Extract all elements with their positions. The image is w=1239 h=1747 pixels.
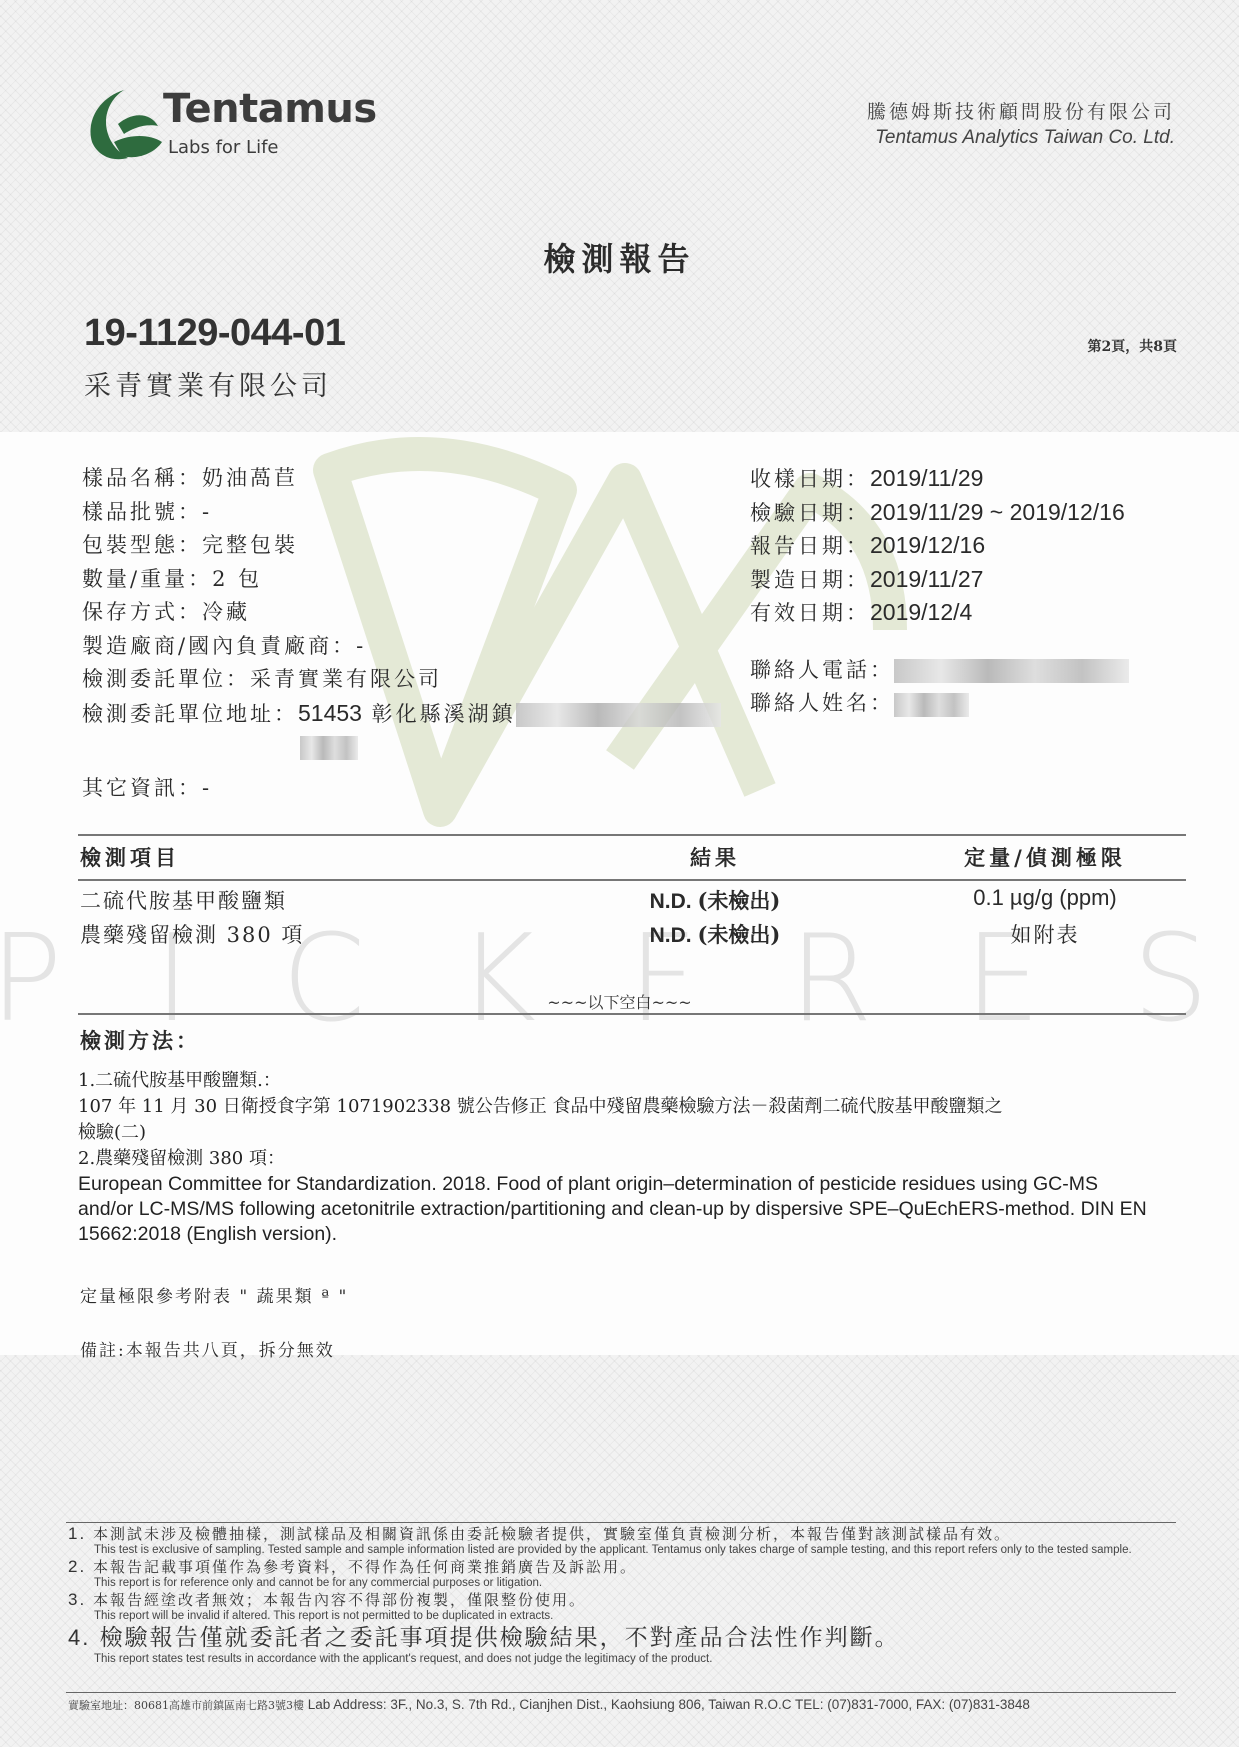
company-name-en: Tentamus Analytics Taiwan Co. Ltd.: [875, 127, 1175, 149]
company-name-zh: 騰德姆斯技術顧問股份有限公司: [867, 97, 1175, 124]
table-top-rule: [78, 834, 1186, 836]
info-address-line2: [82, 730, 721, 764]
info-manufacturer: 製造廠商/國內負責廠商：-: [82, 630, 721, 664]
redacted-address: [516, 703, 721, 727]
disclaimer-1-zh: 1. 本測試未涉及檢體抽樣，測試樣品及相關資訊係由委託檢驗者提供，實驗室僅負責檢…: [68, 1525, 1178, 1543]
table-bottom-rule: [78, 1013, 1186, 1015]
methods-title: 檢測方法：: [80, 1025, 200, 1055]
info-quantity: 數量/重量：2 包: [82, 563, 721, 597]
method-2-text: European Committee for Standardization. …: [78, 1172, 1158, 1247]
method-1-text-cont: 檢驗(二): [78, 1120, 1188, 1146]
client-name: 采青實業有限公司: [84, 364, 332, 403]
redacted-address-2: [300, 736, 358, 760]
disclaimer-3-en: This report will be invalid if altered. …: [68, 1609, 1178, 1624]
info-packaging: 包裝型態：完整包裝: [82, 529, 721, 563]
footer-rule: [66, 1692, 1176, 1693]
end-of-table-marker: ~~~以下空白~~~: [0, 990, 1239, 1013]
disclaimer-3-zh: 3. 本報告經塗改者無效；本報告內容不得部份複製，僅限整份使用。: [68, 1591, 1178, 1609]
info-expiry-date: 有效日期：2019/12/4: [750, 596, 1129, 630]
disclaimer-4-zh: 4. 檢驗報告僅就委託者之委託事項提供檢驗結果，不對產品合法性作判斷。: [68, 1624, 1178, 1652]
sample-info-right: 收樣日期：2019/11/29 檢驗日期：2019/11/29 ~ 2019/1…: [750, 462, 1129, 721]
disclaimer-2-en: This report is for reference only and ca…: [68, 1576, 1178, 1591]
method-1-title: 1.二硫代胺基甲酸鹽類.：: [78, 1068, 1188, 1094]
logo-wordmark: Tentamus: [163, 86, 377, 132]
header-limit: 定量/偵測極限: [905, 842, 1185, 872]
report-number: 19-1129-044-01: [84, 312, 345, 355]
header-test-item: 檢測項目: [80, 842, 180, 872]
method-1-text: 107 年 11 月 30 日衛授食字第 1071902338 號公告修正 食品…: [78, 1094, 1188, 1120]
disclaimer-top-rule: [66, 1522, 1176, 1523]
info-received-date: 收樣日期：2019/11/29: [750, 462, 1129, 496]
info-client-address: 檢測委託單位地址：51453 彰化縣溪湖鎮: [82, 697, 721, 731]
redacted-name: [894, 693, 969, 717]
info-test-date: 檢驗日期：2019/11/29 ~ 2019/12/16: [750, 496, 1129, 530]
methods-body: 1.二硫代胺基甲酸鹽類.： 107 年 11 月 30 日衛授食字第 10719…: [78, 1068, 1188, 1247]
lab-address: 實驗室地址：80681高雄市前鎮區南七路3號3樓 Lab Address: 3F…: [68, 1697, 1030, 1713]
info-client: 檢測委託單位：采青實業有限公司: [82, 663, 721, 697]
table-header-rule: [78, 879, 1186, 881]
logo-tagline: Labs for Life: [168, 137, 279, 158]
info-manufacture-date: 製造日期：2019/11/27: [750, 563, 1129, 597]
info-batch-no: 樣品批號：-: [82, 496, 721, 530]
loq-note: 定量極限參考附表 " 蔬果類 ª ": [80, 1282, 348, 1307]
info-contact-phone: 聯絡人電話：: [750, 654, 1129, 688]
disclaimers: 1. 本測試未涉及檢體抽樣，測試樣品及相關資訊係由委託檢驗者提供，實驗室僅負責檢…: [68, 1525, 1178, 1667]
info-storage: 保存方式：冷藏: [82, 596, 721, 630]
info-other: 其它資訊：-: [82, 772, 721, 806]
header-result: 結果: [600, 842, 830, 872]
method-2-title: 2.農藥殘留檢測 380 項：: [78, 1146, 1188, 1172]
info-sample-name: 樣品名稱：奶油萵苣: [82, 462, 721, 496]
page-indicator: 第2頁，共8頁: [1088, 336, 1177, 356]
document-title: 檢測報告: [0, 234, 1239, 280]
disclaimer-1-en: This test is exclusive of sampling. Test…: [68, 1543, 1178, 1558]
sample-info-left: 樣品名稱：奶油萵苣 樣品批號：- 包裝型態：完整包裝 數量/重量：2 包 保存方…: [82, 462, 721, 805]
info-contact-name: 聯絡人姓名：: [750, 687, 1129, 721]
disclaimer-4-en: This report states test results in accor…: [68, 1652, 1178, 1667]
redacted-phone: [894, 659, 1129, 683]
info-report-date: 報告日期：2019/12/16: [750, 529, 1129, 563]
disclaimer-2-zh: 2. 本報告記載事項僅作為參考資料，不得作為任何商業推銷廣告及訴訟用。: [68, 1558, 1178, 1576]
remark: 備註:本報告共八頁，拆分無效: [80, 1336, 335, 1361]
